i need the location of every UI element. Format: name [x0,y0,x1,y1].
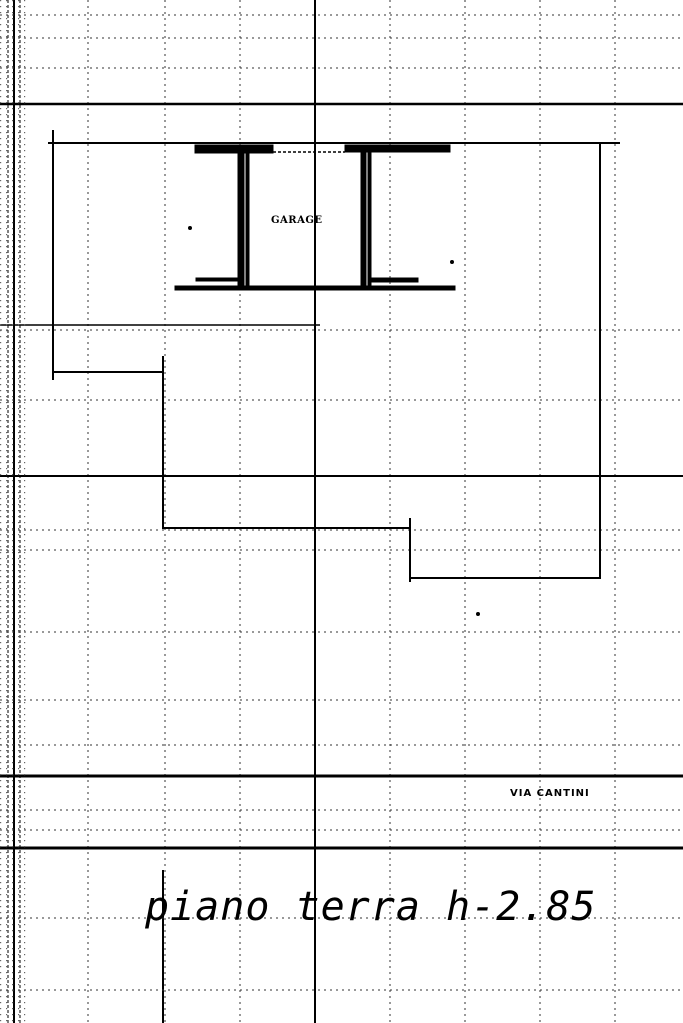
heavy-horizontals [0,104,683,848]
floor-plan-drawing [0,0,683,1023]
grid-verticals [88,0,615,1023]
grid-horizontals [0,15,683,990]
plan-marks [189,104,683,616]
left-grid-texture [0,0,26,1023]
street-label: VIA CANTINI [510,788,590,799]
floor-title: piano terra h-2.85 [145,884,596,930]
lot-perimeter [48,130,620,582]
room-label-garage: GARAGE [271,215,323,226]
